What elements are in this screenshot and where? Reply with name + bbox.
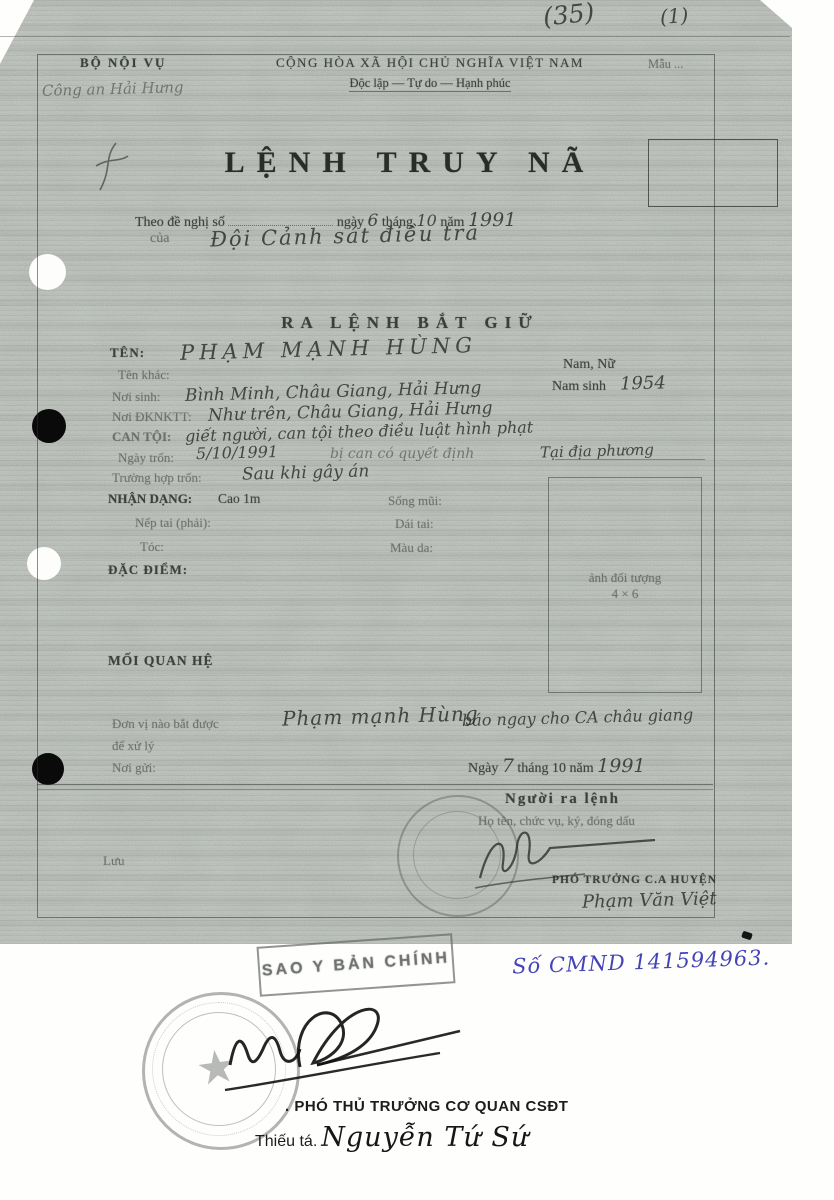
notify-name-handwritten: Phạm mạnh Hùng bbox=[282, 701, 479, 730]
margin-flourish bbox=[86, 138, 136, 198]
birthplace-label: Nơi sinh: bbox=[112, 389, 160, 405]
date-day-handwritten: 7 bbox=[502, 755, 514, 777]
born-label: Nam sinh bbox=[552, 379, 606, 395]
flee-date-value-handwritten: 5/10/1991 bbox=[196, 442, 279, 463]
residence-label: Nơi ĐKNKTT: bbox=[112, 409, 192, 425]
date-month-label: tháng bbox=[517, 761, 548, 776]
cmnd-number-handwritten: Số CMND 141594963. bbox=[512, 946, 771, 979]
footer-rank: Thiếu tá. bbox=[255, 1133, 317, 1150]
order-signature bbox=[455, 808, 685, 903]
ministry-name: BỘ NỘI VỤ bbox=[80, 55, 166, 71]
flee-case-value-handwritten: Sau khi gây án bbox=[242, 461, 370, 484]
form-number-label: Mẫu ... bbox=[648, 57, 683, 72]
date-year-handwritten: 1991 bbox=[597, 755, 645, 777]
photo-box-label-2: 4 × 6 bbox=[549, 586, 701, 602]
nose-label: Sống mũi: bbox=[388, 493, 442, 509]
top-rule bbox=[0, 36, 790, 37]
file-note: Lưu bbox=[103, 853, 125, 869]
flee-case-label: Trường hợp trốn: bbox=[112, 470, 202, 486]
flee-right-underline bbox=[555, 459, 705, 460]
notify-prefix: Đơn vị nào bắt được bbox=[112, 716, 219, 732]
signer-title: Người ra lệnh bbox=[505, 791, 620, 808]
republic-title: CỘNG HÒA XÃ HỘI CHỦ NGHĨA VIỆT NAM bbox=[220, 55, 640, 71]
alias-label: Tên khác: bbox=[118, 367, 170, 383]
notify-line2: để xử lý bbox=[112, 738, 154, 754]
crime-label: CAN TỘI: bbox=[112, 429, 171, 445]
identification-heading: NHẬN DẠNG: bbox=[108, 491, 192, 507]
certified-copy-stamp-text: SAO Y BẢN CHÍNH bbox=[261, 949, 450, 979]
document-title: LỆNH TRUY NÃ bbox=[180, 146, 640, 180]
born-value-handwritten: 1954 bbox=[620, 372, 666, 394]
photo-box-label-1: ảnh đối tượng bbox=[549, 570, 701, 586]
send-label: Nơi gửi: bbox=[112, 760, 156, 776]
of-label: của bbox=[150, 231, 169, 247]
hair-label: Tóc: bbox=[140, 539, 164, 555]
earlobe-label: Dái tai: bbox=[395, 516, 434, 532]
unit-handwritten: Công an Hải Hưng bbox=[42, 78, 184, 100]
flee-date-label: Ngày trốn: bbox=[118, 450, 174, 466]
marks-label: ĐẶC ĐIỂM: bbox=[108, 562, 188, 578]
page-mark-left: (35) bbox=[542, 0, 596, 32]
skin-label: Màu da: bbox=[390, 540, 433, 556]
photo-box: ảnh đối tượng 4 × 6 bbox=[548, 477, 702, 693]
relations-heading: MỐI QUAN HỆ bbox=[108, 653, 214, 669]
height-value: Cao 1m bbox=[218, 491, 260, 507]
ear-label: Nếp tai (phải): bbox=[135, 515, 211, 531]
page-mark-right: (1) bbox=[659, 3, 689, 29]
date-year-label: năm bbox=[570, 761, 594, 776]
motto: Độc lập — Tự do — Hạnh phúc bbox=[349, 76, 510, 92]
footer-position: . PHÓ THỦ TRƯỞNG CƠ QUAN CSĐT bbox=[285, 1098, 568, 1115]
flee-mid-handwritten: bị can có quyết định bbox=[330, 446, 474, 462]
footer-name-script: Nguyễn Tứ Sứ bbox=[321, 1122, 529, 1153]
order-number-box bbox=[648, 139, 778, 207]
scanned-wanted-notice: (35) (1) BỘ NỘI VỤ Công an Hải Hưng CỘNG… bbox=[0, 0, 834, 1200]
signature-separator bbox=[37, 784, 713, 790]
sex-label: Nam, Nữ bbox=[563, 357, 615, 373]
order-heading: RA LỆNH BẮT GIỮ bbox=[180, 313, 640, 333]
approval-signature bbox=[205, 995, 475, 1105]
signer-position: PHÓ TRƯỞNG C.A HUYỆN bbox=[552, 874, 717, 886]
name-label: TÊN: bbox=[110, 345, 145, 361]
signer-name-handwritten: Phạm Văn Việt bbox=[582, 888, 717, 913]
date-month-value: 10 bbox=[552, 761, 566, 776]
date-day-label: Ngày bbox=[468, 761, 498, 776]
